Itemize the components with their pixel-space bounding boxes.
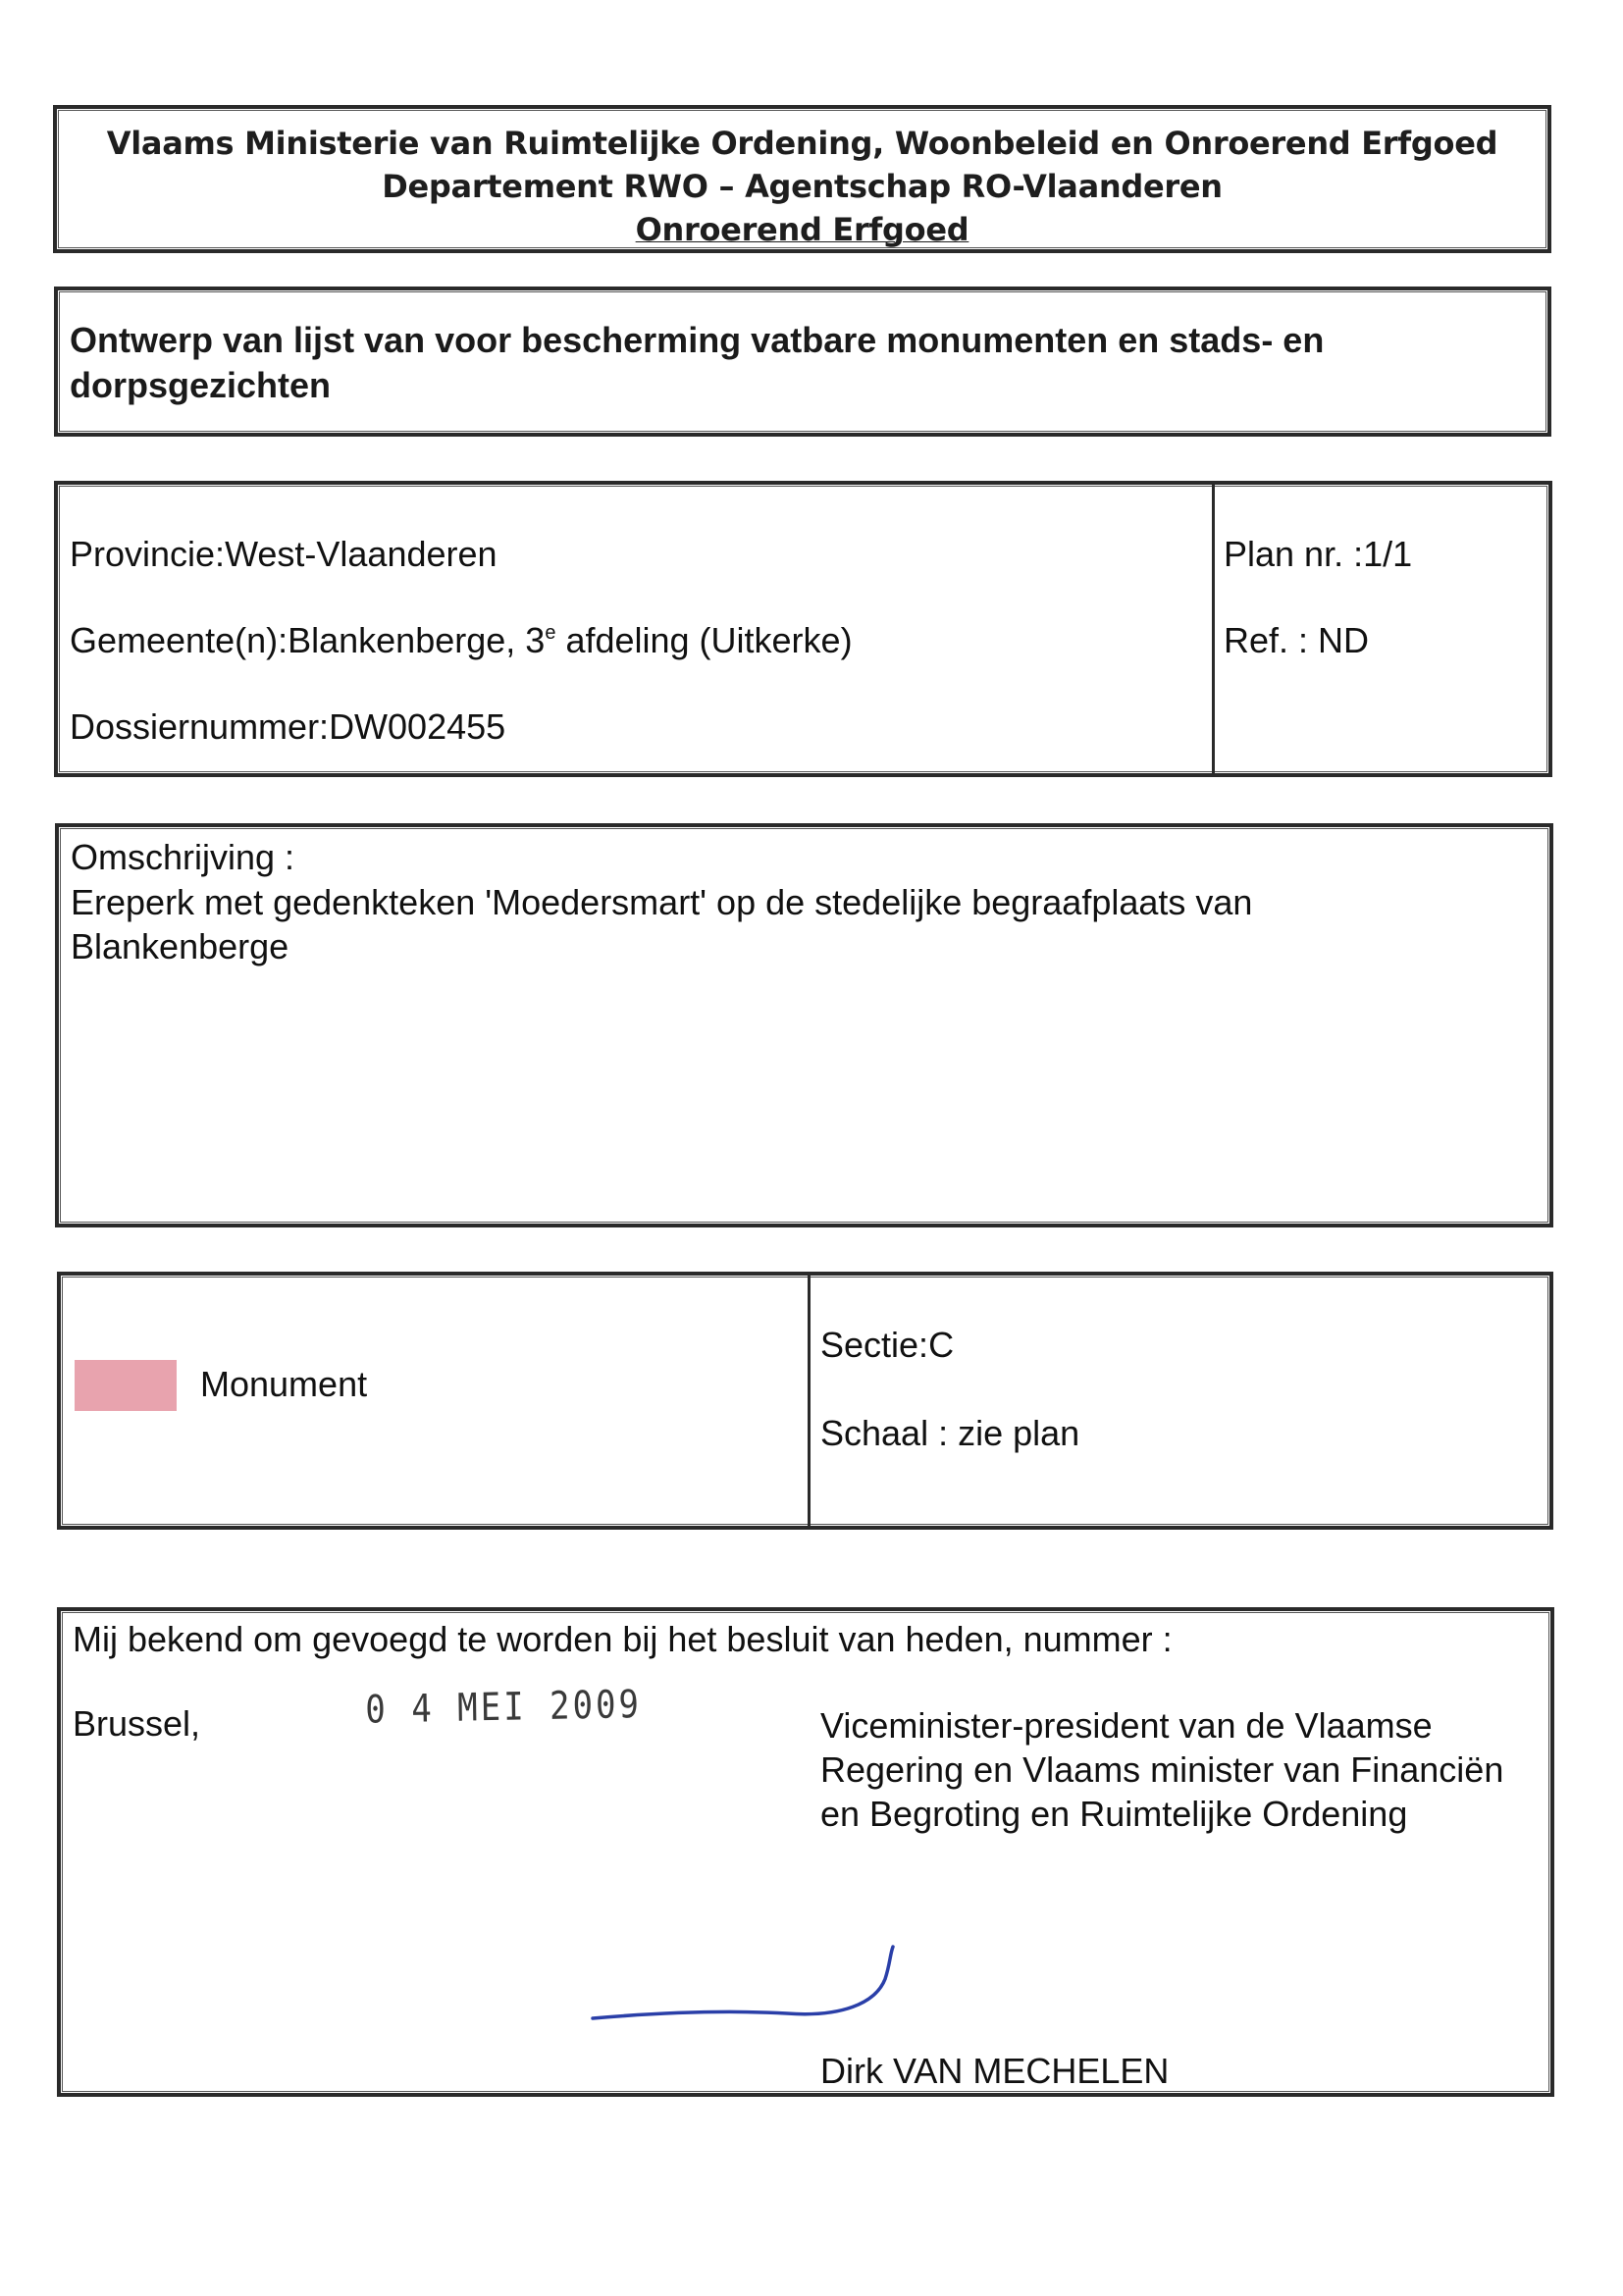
- description-label: Omschrijving :: [71, 837, 294, 878]
- schaal-label: Schaal :: [820, 1413, 958, 1453]
- reference-field: Ref. : ND: [1224, 620, 1369, 661]
- sectie-value: C: [928, 1325, 954, 1365]
- signer-role: Viceminister-president van de Vlaamse Re…: [820, 1703, 1507, 1836]
- ref-value: ND: [1318, 620, 1369, 660]
- signature-icon: [591, 1945, 924, 2053]
- schaal-value: zie plan: [958, 1413, 1079, 1453]
- signer-name: Dirk VAN MECHELEN: [820, 2051, 1169, 2092]
- plan-value: 1/1: [1363, 534, 1412, 574]
- schaal-field: Schaal : zie plan: [820, 1413, 1079, 1454]
- gemeente-field: Gemeente(n):Blankenberge, 3e afdeling (U…: [70, 620, 853, 661]
- document-title: Ontwerp van lijst van voor bescherming v…: [70, 318, 1508, 408]
- dossier-value: DW002455: [329, 706, 505, 747]
- gemeente-suffix: afdeling (Uitkerke): [555, 620, 852, 660]
- plan-number-field: Plan nr. :1/1: [1224, 534, 1412, 575]
- sectie-field: Sectie:C: [820, 1325, 954, 1366]
- document-title-box: Ontwerp van lijst van voor bescherming v…: [54, 287, 1551, 437]
- provincie-value: West-Vlaanderen: [225, 534, 497, 574]
- department-name: Departement RWO – Agentschap RO-Vlaander…: [57, 168, 1547, 205]
- approval-city: Brussel,: [73, 1703, 200, 1745]
- gemeente-value: Blankenberge, 3: [288, 620, 545, 660]
- ref-label: Ref. :: [1224, 620, 1318, 660]
- column-divider: [808, 1276, 811, 1526]
- monument-legend-label: Monument: [200, 1364, 367, 1405]
- gemeente-label: Gemeente(n):: [70, 620, 288, 660]
- ministry-header-box: Vlaams Ministerie van Ruimtelijke Ordeni…: [53, 105, 1551, 253]
- ministry-name: Vlaams Ministerie van Ruimtelijke Ordeni…: [57, 125, 1547, 162]
- approval-intro: Mij bekend om gevoegd te worden bij het …: [73, 1619, 1173, 1660]
- description-text: Ereperk met gedenkteken 'Moedersmart' op…: [71, 880, 1373, 968]
- approval-box: Mij bekend om gevoegd te worden bij het …: [57, 1607, 1554, 2097]
- provincie-label: Provincie:: [70, 534, 225, 574]
- legend-box: Monument Sectie:C Schaal : zie plan: [57, 1272, 1553, 1530]
- provincie-field: Provincie:West-Vlaanderen: [70, 534, 497, 575]
- column-divider: [1212, 485, 1215, 773]
- description-box: Omschrijving : Ereperk met gedenkteken '…: [55, 823, 1553, 1227]
- sectie-label: Sectie:: [820, 1325, 928, 1365]
- agency-name: Onroerend Erfgoed: [57, 211, 1547, 248]
- location-info-box: Provincie:West-Vlaanderen Gemeente(n):Bl…: [54, 481, 1552, 777]
- gemeente-superscript: e: [545, 622, 555, 644]
- dossier-field: Dossiernummer:DW002455: [70, 706, 505, 748]
- dossier-label: Dossiernummer:: [70, 706, 329, 747]
- monument-color-swatch: [75, 1360, 177, 1411]
- date-stamp: 0 4 MEI 2009: [365, 1682, 642, 1733]
- plan-label: Plan nr. :: [1224, 534, 1363, 574]
